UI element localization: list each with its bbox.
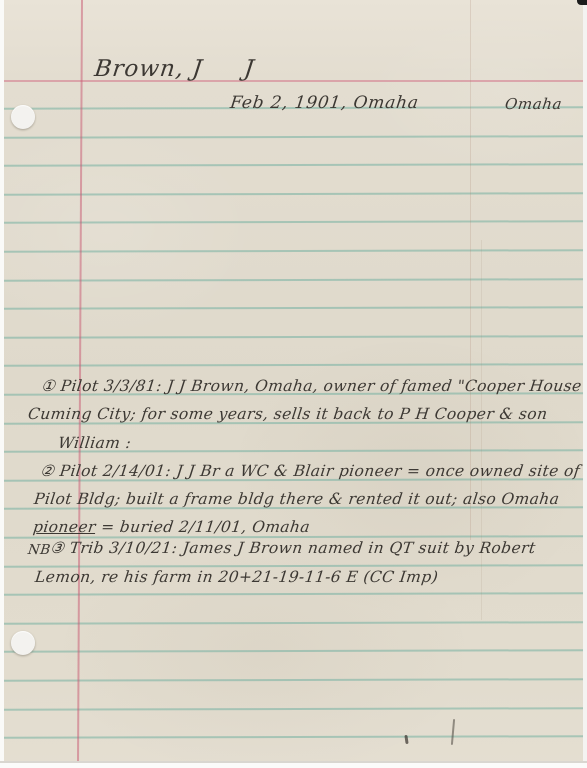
scan-edge-right [583,0,587,768]
note1-line3: William : [57,434,132,452]
place-annotation: Omaha [504,95,563,113]
rule-line [0,278,587,282]
note2-line3: pioneer = buried 2/11/01, Omaha [32,518,311,536]
date-heading: Feb 2, 1901, Omaha [229,93,420,113]
note3-line2: Lemon, re his farm in 20+21-19-11-6 E (C… [34,568,439,586]
rule-line [0,163,586,167]
rule-line [0,564,587,568]
rule-line [0,135,586,139]
rule-line [0,306,587,310]
rule-line [0,221,587,225]
note1-line2: Cuming City; for some years, sells it ba… [27,405,549,423]
scan-edge-left [0,0,4,768]
scan-corner-artifact [577,0,587,5]
rule-line [0,249,587,253]
scanned-page: Brown, J J Feb 2, 1901, Omaha Omaha ① Pi… [0,0,587,768]
top-margin-rule [0,80,587,82]
scan-edge-bottom [0,761,587,768]
name-heading: Brown, J J [93,56,256,82]
note1-line1: ① Pilot 3/3/81: J J Brown, Omaha, owner … [40,377,587,395]
rule-line [1,707,587,711]
rule-line [0,335,587,339]
paper-crease-lower [481,240,482,620]
note2-line2: Pilot Bldg; built a frame bldg there & r… [33,490,560,508]
rule-line [0,192,587,196]
note2-line1: ② Pilot 2/14/01: J J Br a WC & Blair pio… [39,462,581,480]
rule-line [1,678,587,682]
note3-line1: ③ Trib 3/10/21: James J Brown named in Q… [49,539,537,557]
rule-line [0,364,587,368]
note3-prefix: NB [27,542,52,558]
punch-hole-bottom [11,631,35,655]
rule-line [1,592,587,596]
note2-line3-underlined-word: pioneer [32,518,97,536]
rule-line [1,650,587,654]
note2-line3-rest: = buried 2/11/01, Omaha [95,518,311,536]
rule-line [1,621,587,625]
rule-line [1,735,587,739]
paper-crease [470,0,471,540]
punch-hole-top [11,105,35,129]
